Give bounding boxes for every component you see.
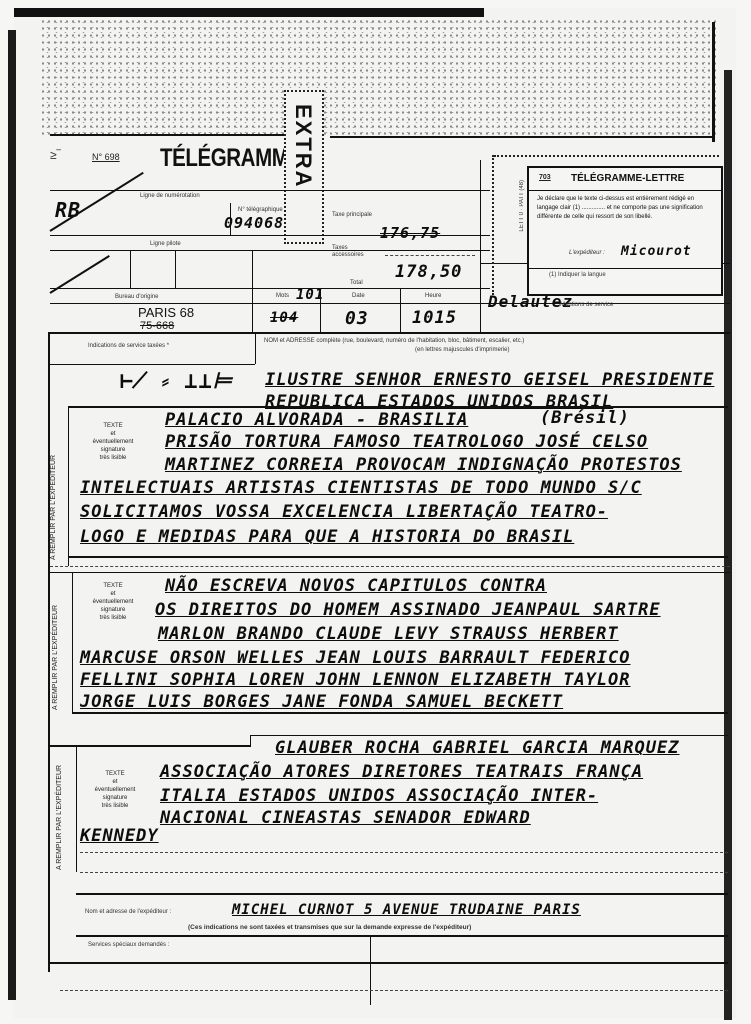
address-line-4: (Brésil) [540, 408, 630, 428]
ligne-numerotation-label: Ligne de numérotation [140, 193, 200, 199]
sender-value: MICHEL CURNOT 5 AVENUE TRUDAINE PARIS [232, 902, 581, 918]
nom-adresse-label: NOM et ADRESSE complète (rue, boulevard,… [264, 338, 524, 344]
taxes-accessoires-value: 176,75 [380, 224, 440, 242]
side-code: LETT 0 · PATT (48) [519, 180, 525, 232]
text-2-line-4: MARCUSE ORSON WELLES JEAN LOUIS BARRAULT… [80, 648, 631, 668]
extra-stamp: EXTRA [284, 90, 324, 244]
bureau-origine-value: PARIS 68 [138, 305, 194, 320]
heure-value: 1015 [412, 308, 457, 328]
taxe-principale-label: Taxe principale [332, 212, 372, 218]
no-telegraphique-value: 094068 [224, 214, 284, 232]
tl-expediteur-label: L'expéditeur : [569, 250, 605, 256]
mentions-service-label: Mentions de service [560, 302, 613, 308]
indications-service-label: Indications de service taxées * [88, 343, 169, 349]
date-value: 03 [345, 308, 369, 329]
bureau-origine-label: Bureau d'origine [115, 294, 159, 300]
address-line-3: PALACIO ALVORADA - BRASILIA [165, 410, 468, 430]
sender-label: Nom et adresse de l'expéditeur : [85, 909, 171, 915]
total-label: Total [350, 280, 363, 286]
sender-note: (Ces indications ne sont taxées et trans… [188, 924, 471, 931]
tl-footnote: (1) Indiquer la langue [549, 272, 606, 278]
bureau-origine-code: 75-668 [140, 320, 174, 332]
service-scribble: ⊬ ⸗ ⊥⊥⊨ [120, 368, 233, 394]
scan-edge-left [8, 30, 16, 1000]
side-strip-label-2: A REMPLIR PAR L'EXPÉDITEUR [52, 580, 59, 710]
no-telegraphique-label: N° télégraphique [238, 207, 283, 213]
form-number: N° 698 [92, 152, 120, 162]
heure-label: Heure [425, 293, 441, 299]
tl-number: 703 [539, 174, 551, 181]
ligne-pilote-label: Ligne pilote [150, 241, 181, 247]
side-strip-label-3: A REMPLIR PAR L'EXPÉDITEUR [56, 760, 63, 870]
date-label: Date [352, 293, 365, 299]
form-title: TÉLÉGRAMME [160, 144, 302, 173]
mots-label: Mots [276, 293, 289, 299]
extra-stamp-text: EXTRA [290, 104, 316, 189]
text-1-line-1: PRISÃO TORTURA FAMOSO TEATROLOGO JOSÉ CE… [165, 432, 648, 452]
text-1-line-2: MARTINEZ CORREIA PROVOCAM INDIGNAÇÃO PRO… [165, 455, 682, 475]
tl-declaration: Je déclare que le texte ci-dessus est en… [537, 195, 715, 222]
text-1-line-5: LOGO E MEDIDAS PARA QUE A HISTORIA DO BR… [80, 527, 574, 547]
text-3-line-1: GLAUBER ROCHA GABRIEL GARCIA MARQUEZ [275, 738, 679, 758]
text-2-line-2: OS DIREITOS DO HOMEM ASSINADO JEANPAUL S… [155, 600, 661, 620]
services-label: Services spéciaux demandés : [88, 942, 169, 948]
texte-label-3: TEXTEetéventuellementsignaturetrès lisib… [80, 770, 150, 810]
telegramme-lettre-box: 703 TÉLÉGRAMME-LETTRE Je déclare que le … [527, 166, 723, 296]
mots-value-struck: 104 [270, 310, 298, 326]
text-3-line-2: ASSOCIAÇÃO ATORES DIRETORES TEATRAIS FRA… [160, 762, 643, 782]
tl-title: TÉLÉGRAMME-LETTRE [571, 173, 684, 184]
text-3-line-3: ITALIA ESTADOS UNIDOS ASSOCIAÇÃO INTER- [160, 786, 598, 806]
scan-edge-top [14, 8, 484, 17]
text-3-line-5: KENNEDY [80, 826, 159, 846]
total-value: 178,50 [395, 262, 462, 282]
text-2-line-6: JORGE LUIS BORGES JANE FONDA SAMUEL BECK… [80, 692, 563, 712]
text-2-line-3: MARLON BRANDO CLAUDE LEVY STRAUSS HERBER… [158, 624, 619, 644]
text-2-line-1: NÃO ESCREVA NOVOS CAPITULOS CONTRA [165, 576, 547, 596]
texte-label-2: TEXTEetéventuellementsignaturetrès lisib… [78, 582, 148, 622]
tl-expediteur-signature: Micourot [621, 244, 692, 259]
address-line-1: ILUSTRE SENHOR ERNESTO GEISEL PRESIDENTE [265, 370, 714, 390]
nom-adresse-sublabel: (en lettres majuscules d'imprimerie) [415, 347, 510, 353]
taxes-accessoires-label: Taxes accessoires [332, 245, 372, 259]
photocopy-noise [40, 18, 720, 136]
text-3-line-4: NACIONAL CINEASTAS SENADOR EDWARD [160, 808, 531, 828]
side-strip-label-1: A REMPLIR PAR L'EXPÉDITEUR [50, 410, 57, 560]
scan-edge-right [724, 70, 732, 1020]
mots-value: 101 [296, 287, 324, 303]
text-1-line-4: SOLICITAMOS VOSSA EXCELENCIA LIBERTAÇÃO … [80, 502, 608, 522]
texte-label-1: TEXTEetéventuellementsignaturetrès lisib… [78, 422, 148, 462]
text-2-line-5: FELLINI SOPHIA LOREN JOHN LENNON ELIZABE… [80, 670, 631, 690]
text-1-line-3: INTELECTUAIS ARTISTAS CIENTISTAS DE TODO… [80, 478, 642, 498]
